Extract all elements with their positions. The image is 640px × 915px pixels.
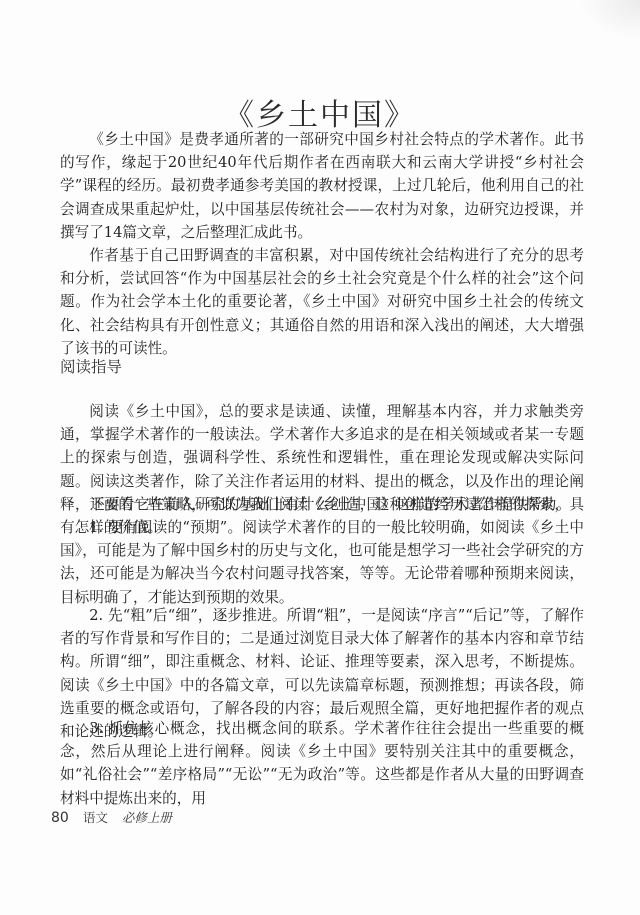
page-number: 80 (51, 810, 69, 826)
intro-paragraph-1: 《乡土中国》是费孝通所著的一部研究中国乡村社会特点的学术著作。此书的写作，缘起于… (60, 128, 584, 244)
section-heading-reading-guide: 阅读指导 (60, 355, 122, 377)
guide-item-1: 1. 要有阅读的“预期”。阅读学术著作的目的一般比较明确，如阅读《乡土中国》，可… (60, 516, 584, 609)
scan-corner-stain (580, 0, 640, 40)
page-footer: 80 语文 必修上册 (51, 808, 172, 826)
guide-item-3: 3. 抓住核心概念，找出概念间的联系。学术著作往往会提出一些重要的概念，然后从理… (60, 717, 584, 810)
intro-paragraph-2: 作者基于自己田野调查的丰富积累，对中国传统社会结构进行了充分的思考和分析，尝试回… (60, 244, 584, 360)
footer-subject: 语文 (83, 808, 108, 826)
textbook-page: 《乡土中国》 《乡土中国》是费孝通所著的一部研究中国乡村社会特点的学术著作。此书… (0, 0, 640, 915)
footer-volume: 必修上册 (122, 808, 172, 826)
guide-paragraph-strategies: 下面的一些策略，可以为我们阅读《乡土中国》这样的学术著作提供帮助。 (60, 493, 584, 516)
